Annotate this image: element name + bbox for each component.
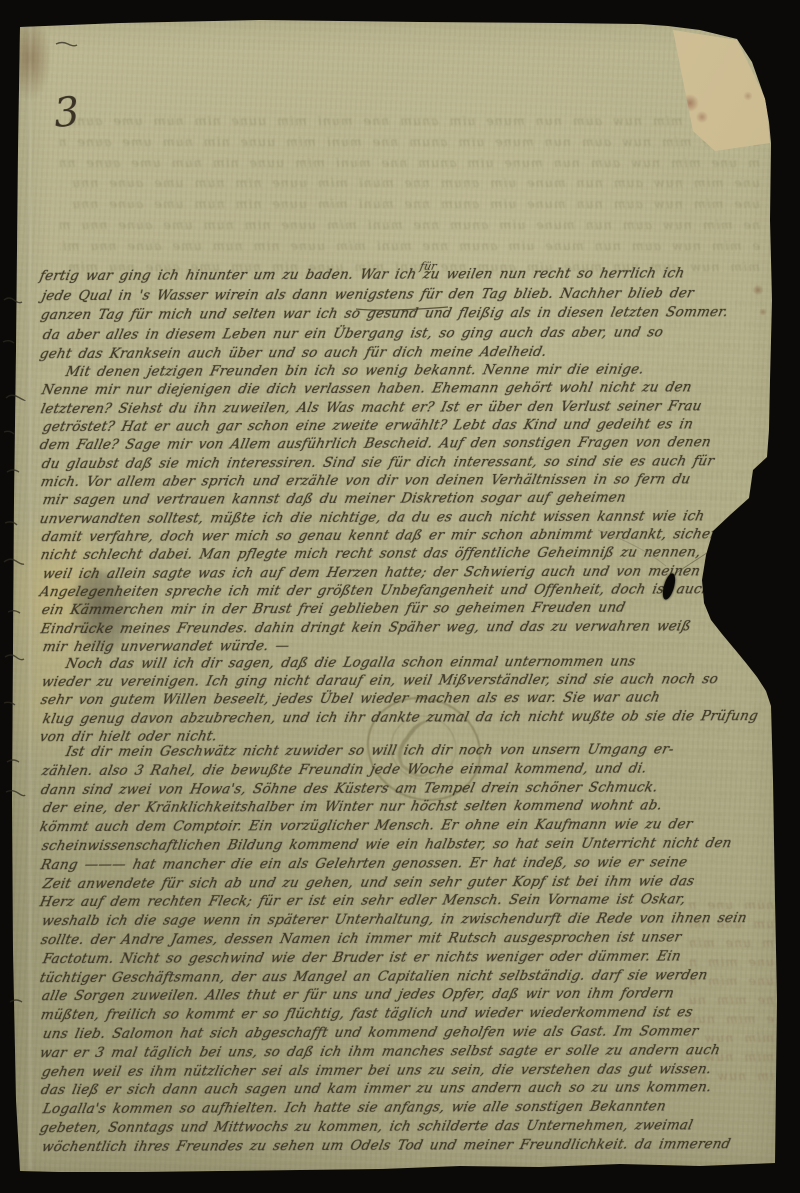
paragraph: Ist dir mein Geschwätz nicht zuwider so … [38, 743, 775, 1157]
handwritten-line: Factotum. Nicht so geschwind wie der Bru… [41, 947, 780, 969]
handwritten-text-block: fertig war ging ich hinunter um zu baden… [0, 0, 800, 1193]
handwritten-line: war er 3 mal täglich bei uns, so daß ich… [38, 1041, 780, 1063]
paragraph: fertig war ging ich hinunter um zu baden… [38, 266, 775, 364]
scan-background: num une mim nuw aum nun mune uim anum nn… [0, 0, 800, 1193]
handwritten-line: Rang ——— hat mancher die ein als Gelehrt… [39, 853, 780, 875]
handwritten-line: fertig war ging ich hinunter um zu baden… [38, 263, 780, 286]
handwritten-line: wöchentlich ihres Freundes zu sehen um O… [40, 1135, 780, 1157]
paragraph: Noch das will ich dir sagen, daß die Log… [38, 655, 775, 746]
handwritten-line: ganzen Tag für mich und selten war ich s… [39, 302, 780, 325]
manuscript-page: num une mim nuw aum nun mune uim anum nn… [0, 0, 800, 1193]
interlinear-insertion: für [419, 260, 438, 273]
paragraph: Mit denen jetzigen Freunden bin ich so w… [38, 363, 775, 657]
